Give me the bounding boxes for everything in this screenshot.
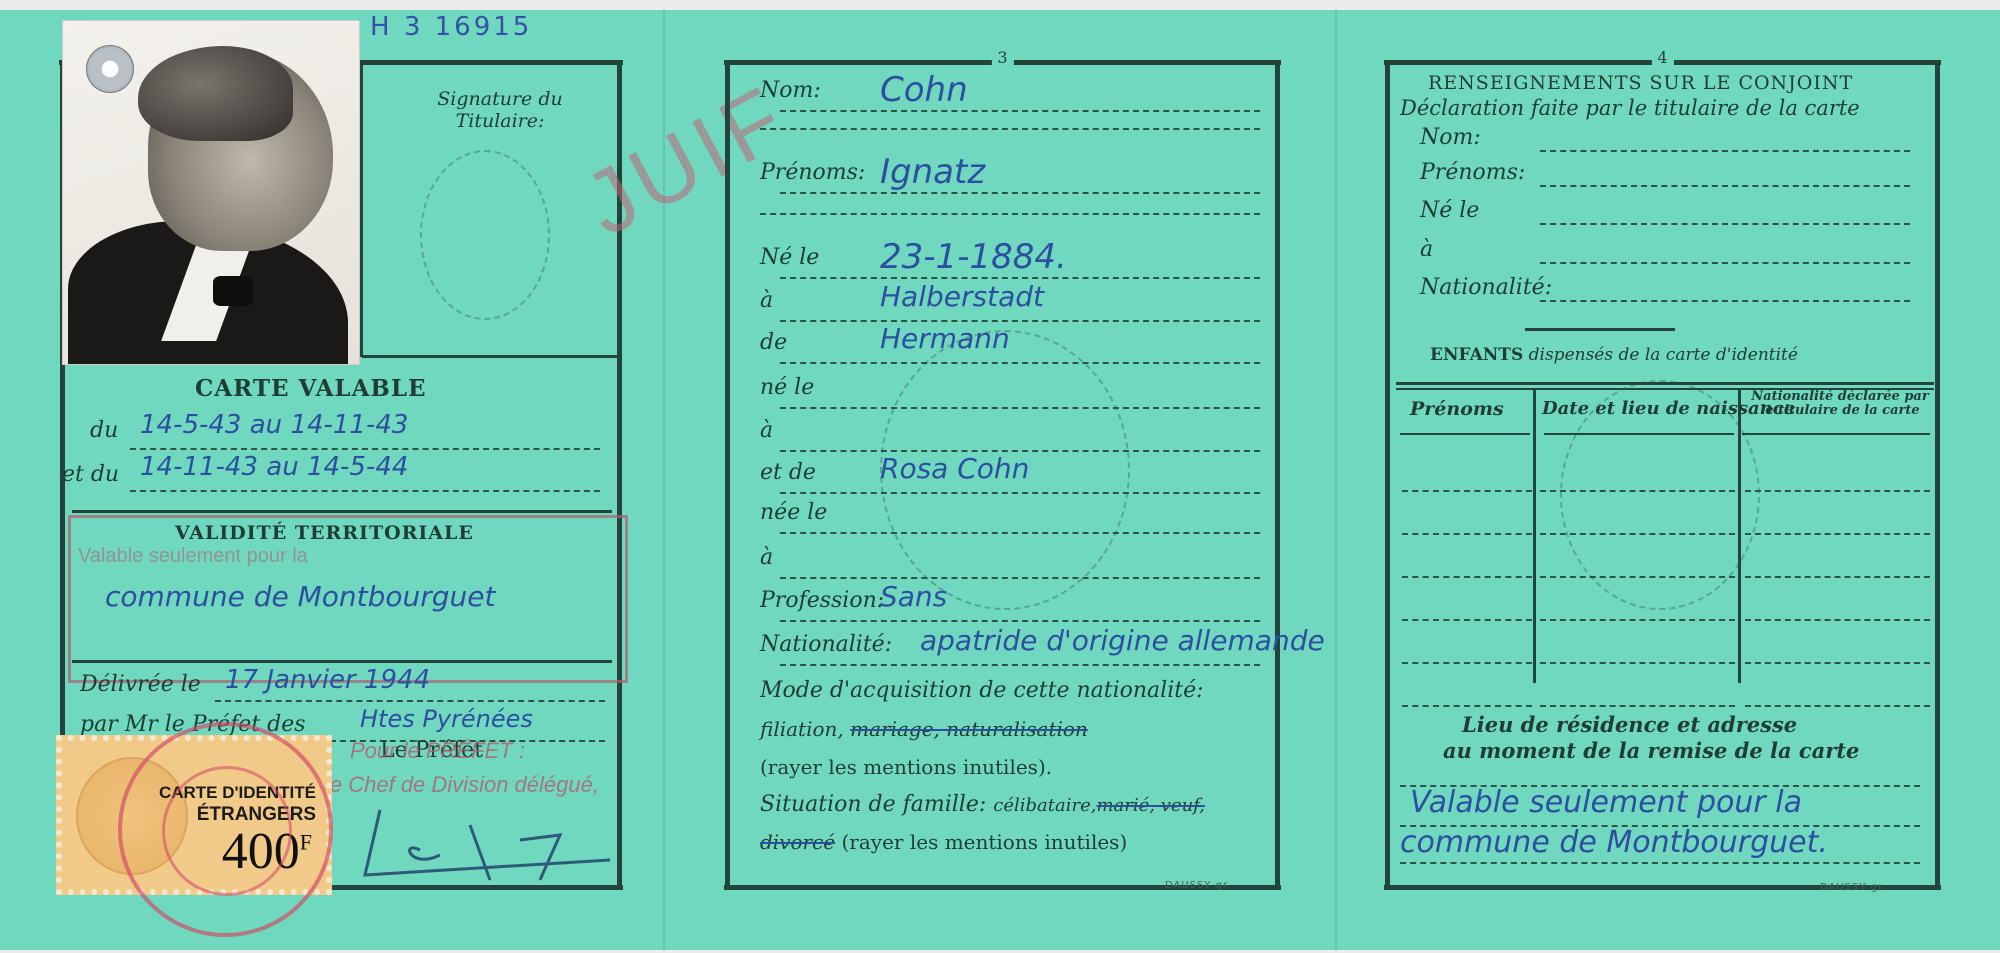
validity-line1-value: 14-5-43 au 14-11-43 xyxy=(140,410,408,440)
prefect-stamp-line2: le Chef de Division délégué, xyxy=(325,772,599,798)
field-value: Hermann xyxy=(880,322,1010,355)
table-row xyxy=(1402,705,1532,707)
territorial-stamp-text: Valable seulement pour la xyxy=(78,545,308,568)
validity-title: CARTE VALABLE xyxy=(195,375,427,402)
issued-by-department: Htes Pyrénées xyxy=(360,705,533,733)
eyelet-icon xyxy=(86,45,134,93)
table-row xyxy=(1745,619,1930,621)
delivered-label: Délivrée le xyxy=(80,672,201,697)
field-value: Ignatz xyxy=(880,152,985,192)
table-row xyxy=(1402,619,1532,621)
column-header-prenoms: Prénoms xyxy=(1410,398,1504,420)
field-label: née le xyxy=(760,500,827,525)
prefect-stamp-line1: Pour le PRÉFET : xyxy=(350,738,525,764)
table-row xyxy=(1402,490,1532,492)
spouse-field-label: Prénoms: xyxy=(1420,160,1525,185)
field-label: Prénoms: xyxy=(760,160,865,185)
prefect-signature xyxy=(360,800,620,890)
field-label: à xyxy=(760,545,773,570)
table-row xyxy=(1540,662,1735,664)
marianne-watermark xyxy=(1560,380,1760,610)
spouse-subtitle: Déclaration faite par le titulaire de la… xyxy=(1400,96,1860,120)
field-value: Sans xyxy=(880,580,947,613)
residence-line2: commune de Montbourguet. xyxy=(1400,825,1828,860)
table-row xyxy=(1745,533,1930,535)
residence-line1: Valable seulement pour la xyxy=(1410,785,1802,820)
residence-title-2: au moment de la remise de la carte xyxy=(1443,738,1859,763)
field-value: Halberstadt xyxy=(880,280,1044,313)
family-options: Situation de famille: célibataire,marié,… xyxy=(760,792,1205,817)
acquisition-note: (rayer les mentions inutiles). xyxy=(760,755,1052,779)
table-row xyxy=(1745,705,1930,707)
spouse-field-label: Nationalité: xyxy=(1420,275,1552,300)
table-row xyxy=(1540,705,1735,707)
field-label: et de xyxy=(760,460,816,485)
territorial-title: VALIDITÉ TERRITORIALE xyxy=(175,522,474,544)
column-header-nationality: Nationalité déclarée par le titulaire de… xyxy=(1745,390,1935,418)
residence-title-1: Lieu de résidence et adresse xyxy=(1462,712,1797,737)
field-label: de xyxy=(760,330,787,355)
field-label: Nationalité: xyxy=(760,632,892,657)
reference-number: H 3 16915 xyxy=(370,12,532,42)
field-label: Nom: xyxy=(760,78,821,103)
field-value: apatride d'origine allemande xyxy=(920,624,1325,657)
table-row xyxy=(1402,576,1532,578)
field-value: Cohn xyxy=(880,70,968,110)
territorial-commune: commune de Montbourguet xyxy=(105,580,496,613)
field-label: né le xyxy=(760,375,814,400)
fold-line xyxy=(1335,10,1337,950)
spouse-field-label: Né le xyxy=(1420,198,1479,223)
signature-label: Signature du Titulaire: xyxy=(405,88,595,132)
field-value: Rosa Cohn xyxy=(880,452,1029,485)
field-label: Né le xyxy=(760,245,819,270)
family-note: divorcé (rayer les mentions inutiles) xyxy=(760,830,1127,854)
printer-mark: DAUSSY gr. xyxy=(1165,880,1231,891)
divider xyxy=(360,62,363,357)
table-row xyxy=(1402,662,1532,664)
field-label: à xyxy=(760,288,773,313)
delivered-date: 17 Janvier 1944 xyxy=(225,665,430,695)
field-value: 23-1-1884. xyxy=(880,237,1067,277)
table-row xyxy=(1745,490,1930,492)
acquisition-options: filiation, mariage, naturalisation xyxy=(760,717,1088,741)
validity-line1-label: du xyxy=(90,418,118,443)
validity-line2-value: 14-11-43 au 14-5-44 xyxy=(140,452,408,482)
field-label: à xyxy=(760,418,773,443)
printer-mark: DAUSSY gr. xyxy=(1820,882,1886,893)
spouse-field-label: à xyxy=(1420,237,1433,262)
table-row xyxy=(1745,662,1930,664)
watermark-ornament xyxy=(420,150,550,320)
spouse-field-label: Nom: xyxy=(1420,125,1481,150)
spouse-title: RENSEIGNEMENTS SUR LE CONJOINT xyxy=(1428,72,1853,94)
table-row xyxy=(1540,619,1735,621)
page-number: 4 xyxy=(1651,48,1673,67)
prefecture-round-stamp xyxy=(118,722,333,937)
divider xyxy=(362,355,617,358)
validity-line2-label: et du xyxy=(62,462,119,487)
table-row xyxy=(1745,576,1930,578)
table-row xyxy=(1402,533,1532,535)
children-title: ENFANTS dispensés de la carte d'identité xyxy=(1430,345,1798,365)
page-number: 3 xyxy=(991,48,1013,67)
acquisition-label: Mode d'acquisition de cette nationalité: xyxy=(760,678,1204,703)
field-label: Profession: xyxy=(760,588,884,613)
